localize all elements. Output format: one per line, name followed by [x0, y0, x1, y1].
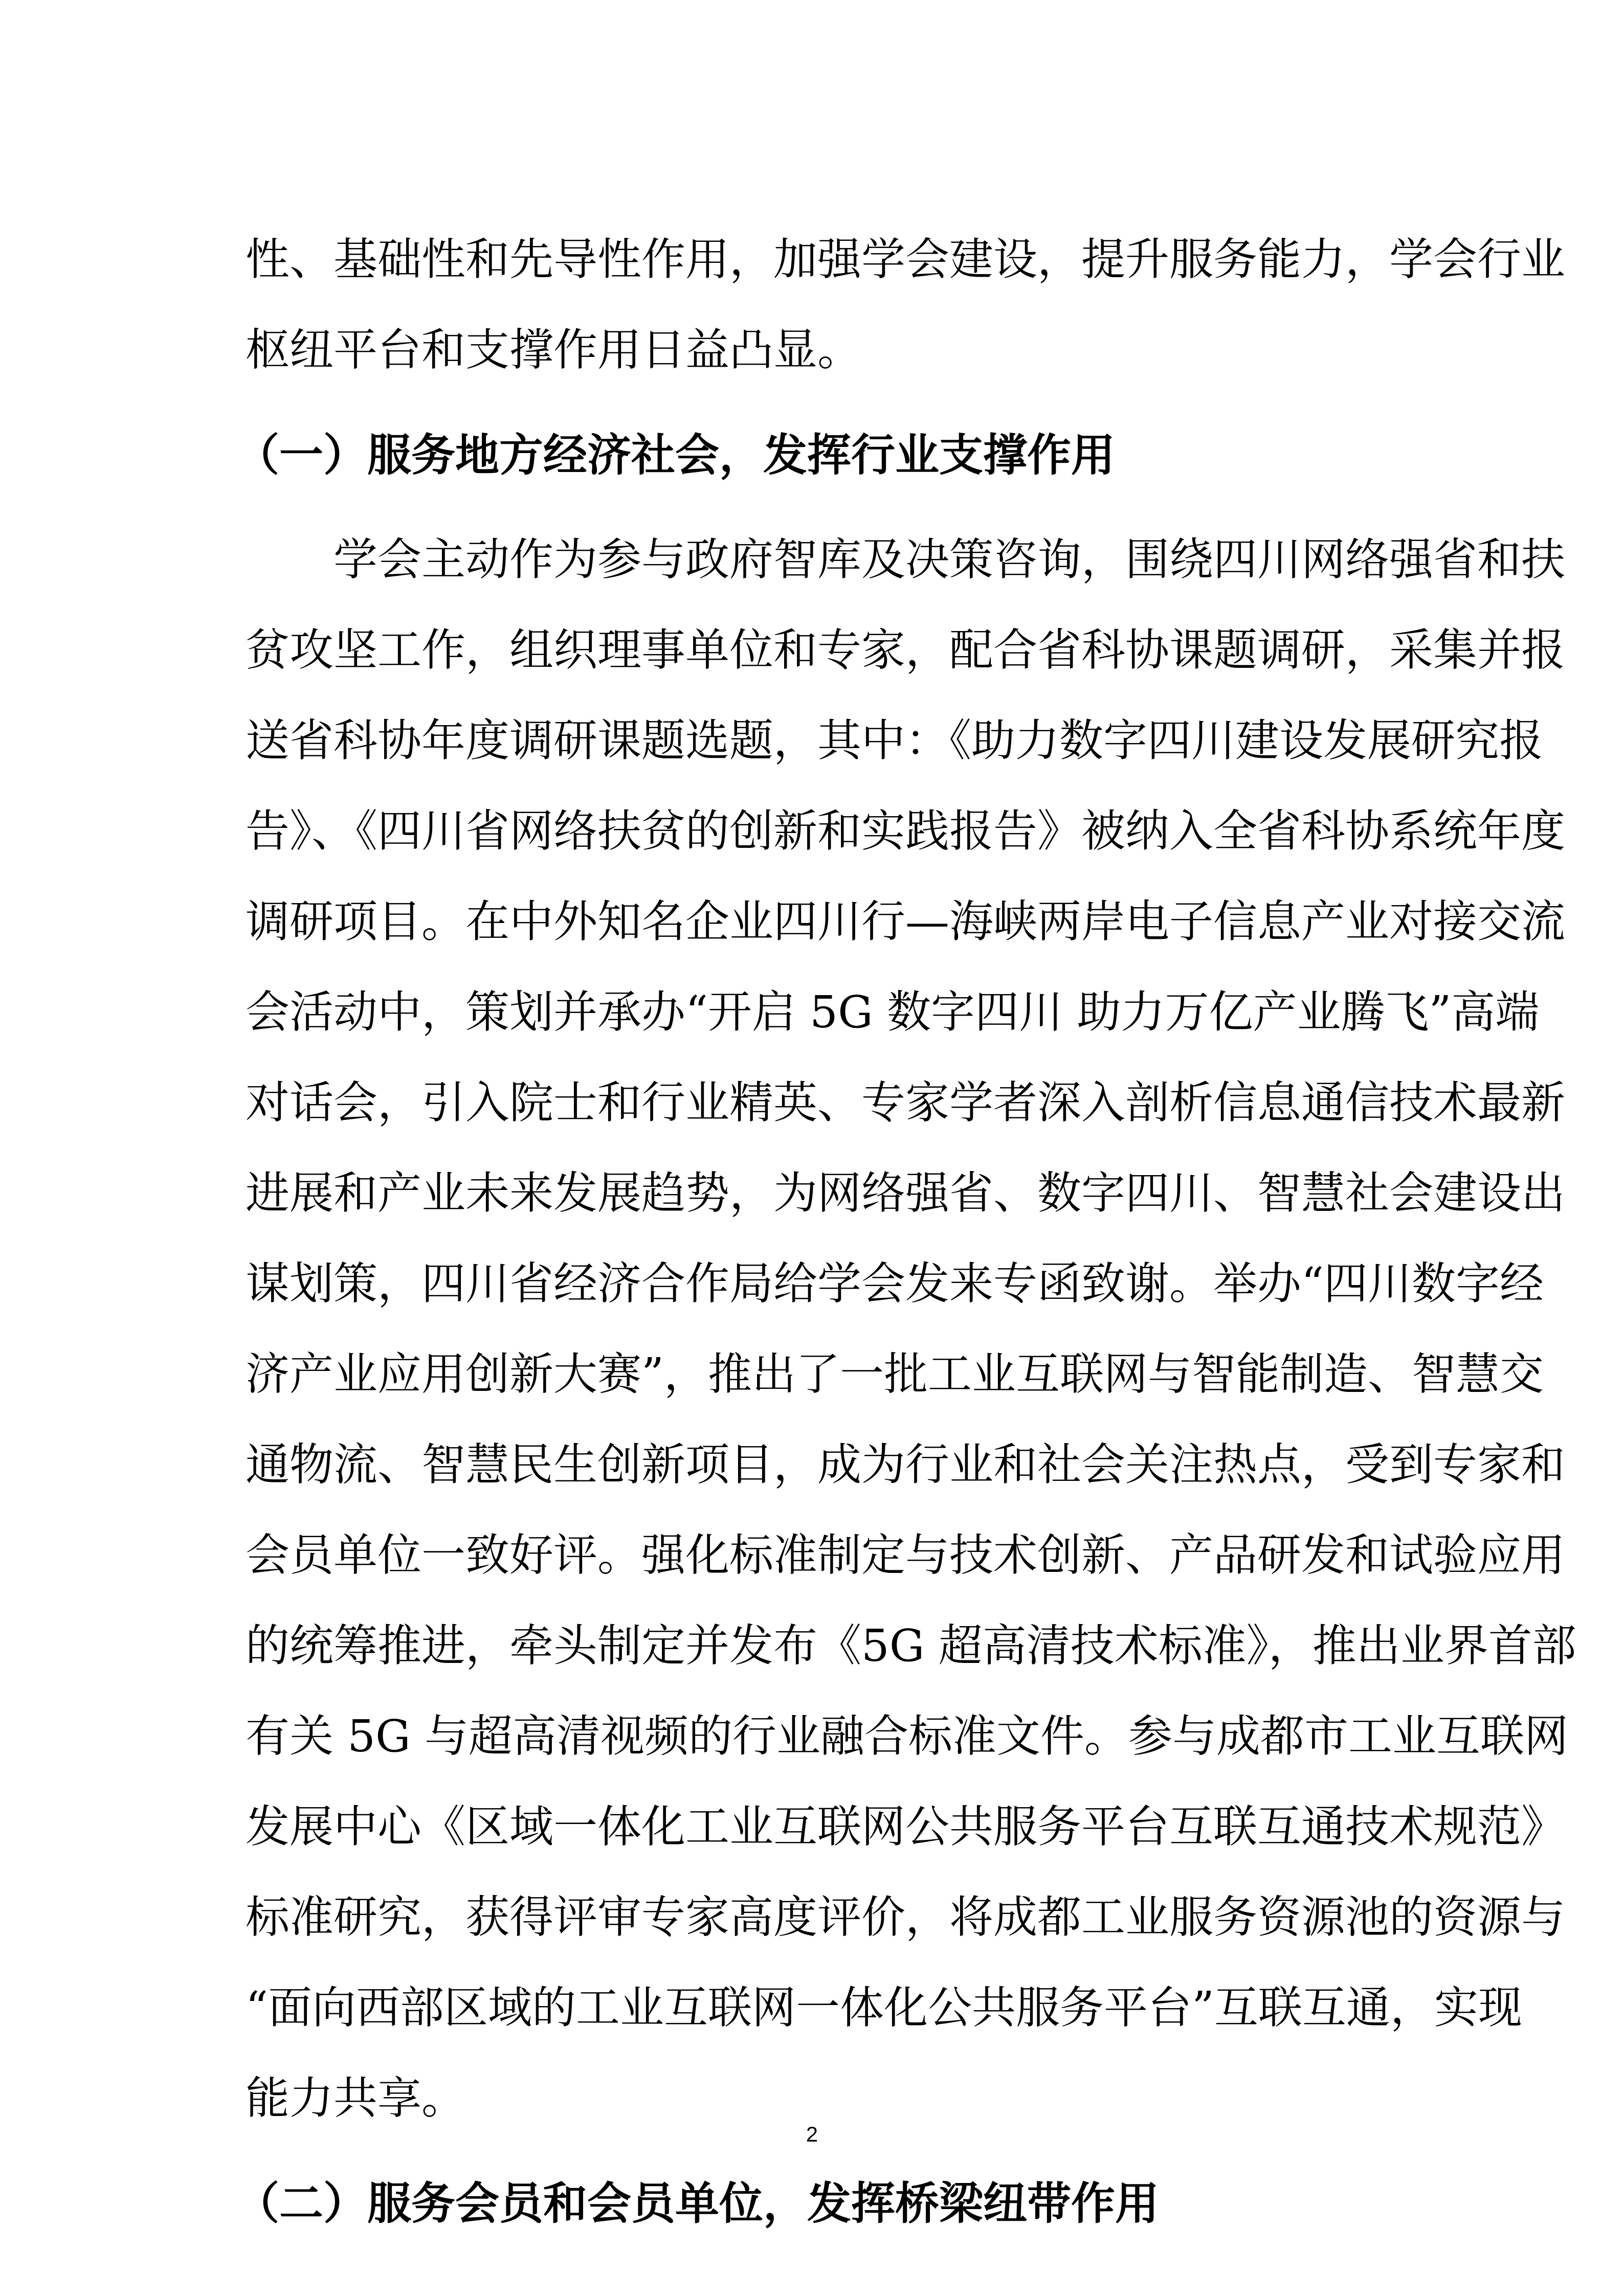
paragraph-line: 的统筹推进，牵头制定并发布《5G 超高清技术标准》，推出业界首部	[246, 1601, 1386, 1692]
paragraph-line: 有关 5G 与超高清视频的行业融合标准文件。参与成都市工业互联网	[246, 1692, 1386, 1782]
paragraph-line: 枢纽平台和支撑作用日益凸显。	[246, 305, 1386, 396]
paragraph-line: 贫攻坚工作，组织理事单位和专家，配合省科协课题调研，采集并报	[246, 605, 1386, 696]
paragraph-line: 发展中心《区域一体化工业互联网公共服务平台互联互通技术规范》	[246, 1782, 1386, 1873]
section-heading-1: （一）服务地方经济社会，发挥行业支撑作用	[235, 410, 1386, 501]
paragraph-line: 谋划策，四川省经济合作局给学会发来专函致谢。举办“四川数字经	[246, 1239, 1386, 1330]
paragraph-line: 调研项目。在中外知名企业四川行—海峡两岸电子信息产业对接交流	[246, 877, 1386, 967]
paragraph-line: 对话会，引入院士和行业精英、专家学者深入剖析信息通信技术最新	[246, 1058, 1386, 1149]
paragraph-line: 性、基础性和先导性作用，加强学会建设，提升服务能力，学会行业	[246, 215, 1386, 305]
paragraph-line: 学会主动作为参与政府智库及决策咨询，围绕四川网络强省和扶	[246, 515, 1386, 605]
paragraph-line: 告》、《四川省网络扶贫的创新和实践报告》被纳入全省科协系统年度	[246, 786, 1386, 877]
page-number: 2	[0, 2122, 1624, 2147]
paragraph-line: “面向西部区域的工业互联网一体化公共服务平台”互联互通，实现	[246, 1963, 1386, 2054]
paragraph-line: 通物流、智慧民生创新项目，成为行业和社会关注热点，受到专家和	[246, 1420, 1386, 1511]
paragraph-line: 标准研究，获得评审专家高度评价，将成都工业服务资源池的资源与	[246, 1873, 1386, 1963]
paragraph-line: 进展和产业未来发展趋势，为网络强省、数字四川、智慧社会建设出	[246, 1149, 1386, 1239]
document-body: 性、基础性和先导性作用，加强学会建设，提升服务能力，学会行业 枢纽平台和支撑作用…	[246, 215, 1386, 2249]
paragraph-line: 济产业应用创新大赛”，推出了一批工业互联网与智能制造、智慧交	[246, 1330, 1386, 1420]
document-page: 性、基础性和先导性作用，加强学会建设，提升服务能力，学会行业 枢纽平台和支撑作用…	[0, 0, 1624, 2296]
paragraph-line: 会活动中，策划并承办“开启 5G 数字四川 助力万亿产业腾飞”高端	[246, 967, 1386, 1058]
paragraph-line: 送省科协年度调研课题选题，其中：《助力数字四川建设发展研究报	[246, 696, 1386, 786]
section-heading-2: （二）服务会员和会员单位，发挥桥梁纽带作用	[235, 2158, 1386, 2249]
paragraph-line: 会员单位一致好评。强化标准制定与技术创新、产品研发和试验应用	[246, 1511, 1386, 1601]
